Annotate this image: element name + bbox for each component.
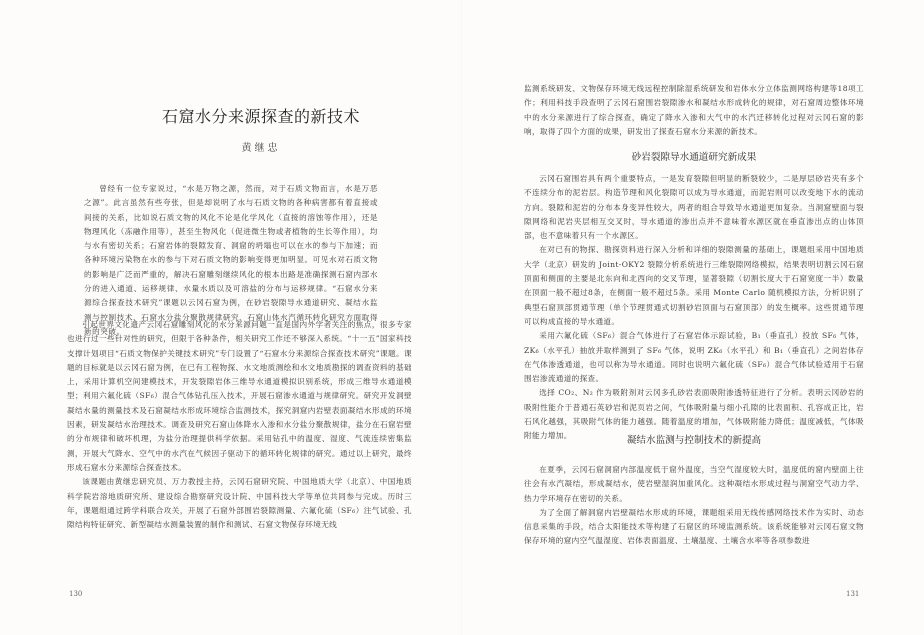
page-number-right: 131 [846,590,859,598]
section-1-body: 云冈石窟围岩具有两个重要特点，一是发育裂隙但明显的断裂较少，二是厚层砂岩夹有多个… [524,172,864,444]
right-continuation-text: 监测系统研发、文物保存环境无线远程控制除湿系统研发和岩体水分立体监测网络构建等1… [524,82,864,139]
body-paragraph: 该课题由黄继忠研究员、万力教授主持，云冈石窟研究院、中国地质大学（北京）、中国地… [67,475,412,532]
body-paragraph: 引起世界文化遗产云冈石窟雕刻风化的水分来源问题一直是国内外学者关注的焦点，很多专… [67,318,412,475]
body-paragraph: 在夏季，云冈石窟洞窟内部温度低于窟外温度，当空气湿度较大时，温度低的窟内壁面上往… [524,463,864,506]
section-heading: 砂岩裂隙导水通道研究新成果 [462,149,924,163]
page-gutter [461,0,463,635]
article-abstract: 曾经有一位专家说过，“水是万物之源，然而，对于石质文物而言，水是万恶之源”。此言… [84,182,378,339]
article-title: 石窟水分来源探查的新技术 [0,104,462,127]
body-paragraph: 采用六氟化硫（SF₆）混合气体进行了石窟岩体示踪试验，B₁（垂直孔）投放 SF₆… [524,329,864,386]
page-number-left: 130 [69,590,82,598]
left-body-text: 引起世界文化遗产云冈石窟雕刻风化的水分来源问题一直是国内外学者关注的焦点，很多专… [67,318,412,532]
article-author: 黄继忠 [0,139,462,154]
section-heading: 凝结水监测与控制技术的新提高 [462,432,924,446]
body-paragraph: 监测系统研发、文物保存环境无线远程控制除湿系统研发和岩体水分立体监测网络构建等1… [524,82,864,139]
section-2-body: 在夏季，云冈石窟洞窟内部温度低于窟外温度，当空气湿度较大时，温度低的窟内壁面上往… [524,463,864,549]
abstract-paragraph: 曾经有一位专家说过，“水是万物之源，然而，对于石质文物而言，水是万恶之源”。此言… [84,182,378,339]
body-paragraph: 云冈石窟围岩具有两个重要特点，一是发育裂隙但明显的断裂较少，二是厚层砂岩夹有多个… [524,172,864,243]
body-paragraph: 在对已有的物探、勘探资料进行深入分析和详细的裂隙测量的基础上，课题组采用中国地质… [524,243,864,329]
body-paragraph: 为了全面了解洞窟内岩壁凝结水形成的环境，课题组采用无线传感网络技术作为实时、动态… [524,506,864,549]
